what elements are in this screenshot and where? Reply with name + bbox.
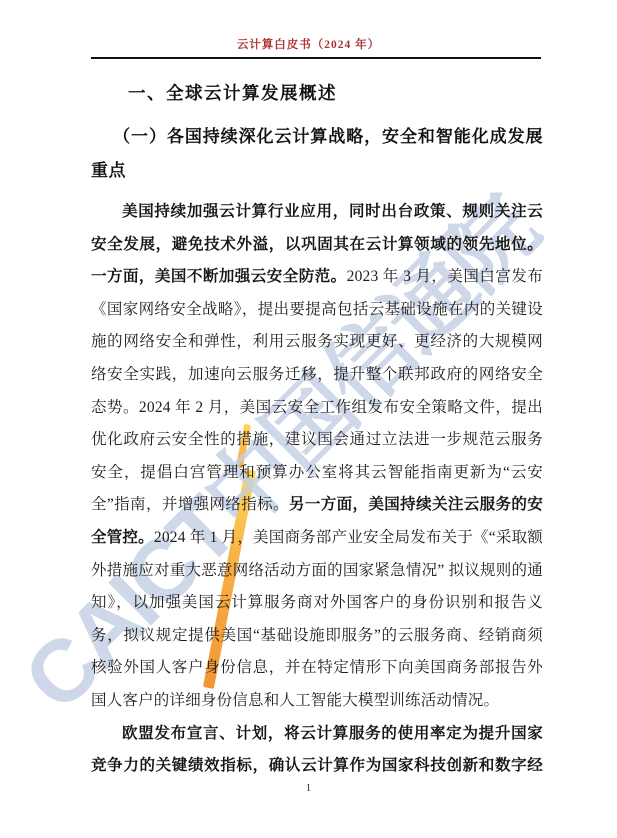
paragraph-eu-bold-lead: 欧盟发布宣言、计划，将云计算服务的使用率定为提升国家竞争力的关键绩效指标，确认云… — [91, 725, 543, 784]
paragraph-us-regular-2: 2024 年 1 月，美国商务部产业安全局发布关于《“采取额外措施应对重大恶意网… — [91, 529, 543, 709]
page-number: 1 — [306, 783, 311, 794]
section-heading: 一、全球云计算发展概述 — [128, 81, 541, 105]
page-header: 云计算白皮书（2024 年） — [0, 0, 617, 59]
page-content: 云计算白皮书（2024 年） 一、全球云计算发展概述 （一）各国持续深化云计算战… — [0, 0, 617, 784]
subsection-heading: （一）各国持续深化云计算战略，安全和智能化成发展重点 — [91, 120, 543, 188]
paragraph-eu-policy: 欧盟发布宣言、计划，将云计算服务的使用率定为提升国家竞争力的关键绩效指标，确认云… — [91, 718, 543, 784]
header-rule — [91, 57, 541, 59]
header-title: 云计算白皮书（2024 年） — [0, 36, 617, 52]
paragraph-us-policy: 美国持续加强云计算行业应用，同时出台政策、规则关注云安全发展，避免技术外溢，以巩… — [91, 196, 543, 718]
page-footer: 1 — [0, 778, 617, 796]
paragraph-us-regular-1: 2023 年 3 月，美国白宫发布《国家网络安全战略》，提出要提高包括云基础设施… — [91, 268, 543, 513]
document-page: CAICT中国信通院 云计算白皮书（2024 年） 一、全球云计算发展概述 （一… — [0, 0, 617, 838]
